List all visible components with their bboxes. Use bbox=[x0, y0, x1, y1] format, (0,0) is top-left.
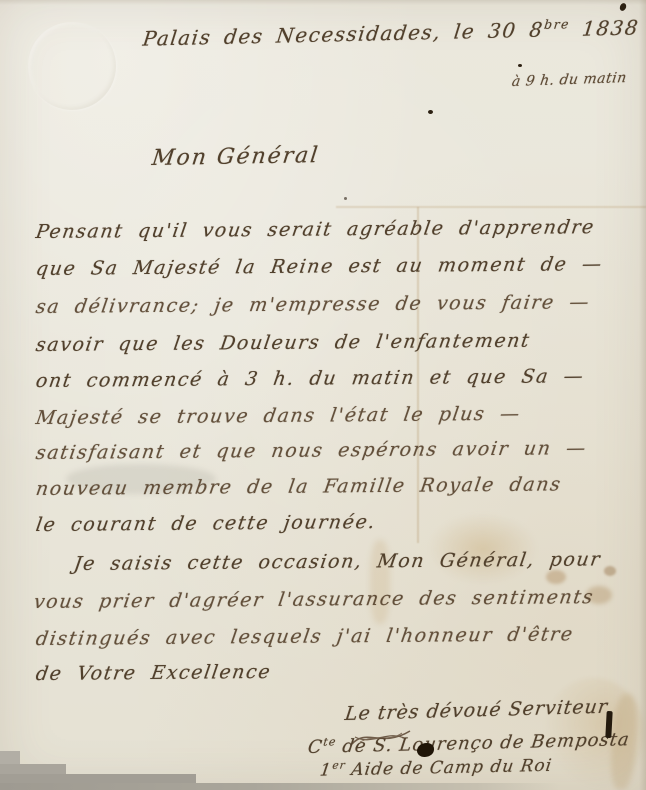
paper-stain bbox=[546, 570, 566, 584]
fold-crease-horizontal bbox=[336, 206, 646, 208]
page-edge-shadow bbox=[0, 0, 646, 5]
letter-line: sa délivrance; je m'empresse de vous fai… bbox=[34, 291, 591, 318]
letter-line: savoir que les Douleurs de l'enfantement bbox=[34, 330, 532, 356]
signature-flourish bbox=[350, 726, 414, 752]
heading-time-note: à 9 h. du matin bbox=[511, 70, 628, 90]
letter-line: vous prier d'agréer l'assurance des sent… bbox=[32, 586, 595, 613]
letter-line: satisfaisant et que nous espérons avoir … bbox=[34, 437, 588, 464]
signature-valediction: Le très dévoué Serviteur bbox=[344, 696, 610, 725]
letter-page: Palais des Necessidades, le 30 8bre 1838… bbox=[0, 0, 646, 790]
letter-line: ont commencé à 3 h. du matin et que Sa — bbox=[34, 365, 586, 392]
letter-line: Majesté se trouve dans l'état le plus — bbox=[34, 403, 522, 429]
paper-stain bbox=[604, 566, 616, 576]
letter-line: distingués avec lesquels j'ai l'honneur … bbox=[34, 623, 575, 650]
salutation: Mon Général bbox=[150, 143, 320, 171]
page-edge-shadow bbox=[639, 0, 646, 790]
letter-line: Pensant qu'il vous serait agréable d'app… bbox=[34, 216, 596, 243]
letter-line: le courant de cette journée. bbox=[34, 511, 377, 536]
scan-edge bbox=[0, 783, 560, 790]
letter-line: de Votre Excellence bbox=[34, 661, 273, 685]
ink-speck bbox=[344, 197, 347, 200]
ink-speck bbox=[518, 64, 522, 67]
letter-line: que Sa Majesté la Reine est au moment de… bbox=[34, 253, 604, 280]
embossed-seal bbox=[28, 22, 116, 110]
letter-line: nouveau membre de la Famille Royale dans bbox=[34, 473, 563, 500]
letter-line: Je saisis cette occasion, Mon Général, p… bbox=[72, 548, 602, 575]
ink-speck bbox=[428, 110, 433, 114]
signature-title: 1er Aide de Camp du Roi bbox=[319, 755, 554, 781]
heading-place-date: Palais des Necessidades, le 30 8bre 1838 bbox=[142, 15, 641, 51]
